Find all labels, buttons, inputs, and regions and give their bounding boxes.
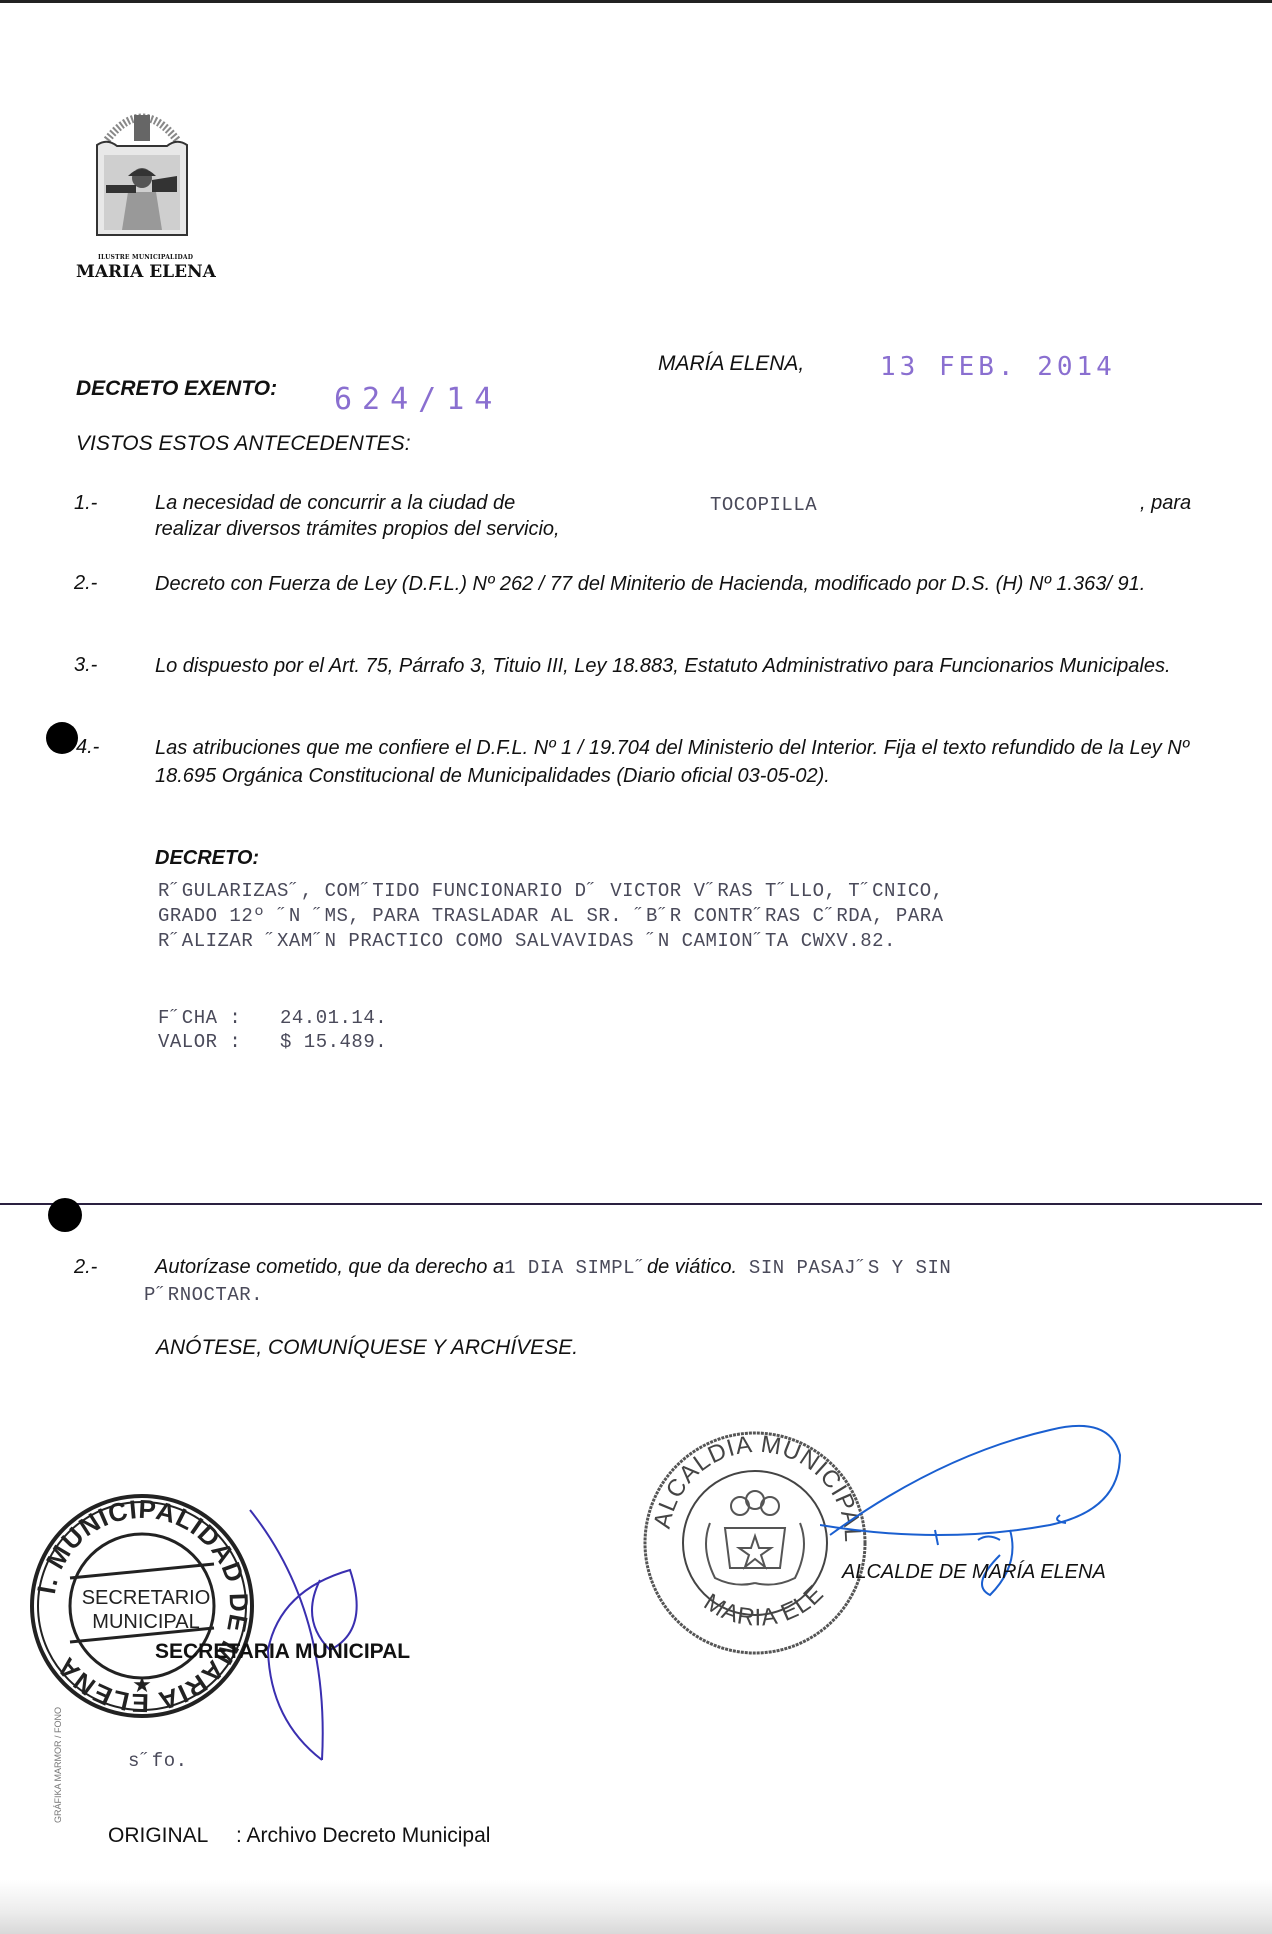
decreto-line-3: R˝ALIZAR ˝XAM˝N PRACTICO COMO SALVAVIDAS…	[158, 930, 896, 952]
original-value: : Archivo Decreto Municipal	[236, 1824, 490, 1848]
secretary-signature	[240, 1500, 390, 1770]
point-2-text-b: de viático.	[647, 1256, 737, 1278]
svg-text:★: ★	[132, 1672, 152, 1697]
handwritten-signature-icon	[820, 1415, 1130, 1615]
item-1-city: TOCOPILLA	[710, 494, 817, 516]
decreto-line-1: R˝GULARIZAS˝, COM˝TIDO FUNCIONARIO D˝ VI…	[158, 880, 944, 902]
mayor-title: ALCALDE DE MARÍA ELENA	[842, 1561, 1106, 1584]
point-2-typed-a: 1 DIA SIMPL˝	[504, 1257, 647, 1279]
point-2-number: 2.-	[74, 1256, 97, 1279]
scan-top-edge	[0, 0, 1272, 3]
logo-title: MARIA ELENA	[76, 262, 216, 282]
chile-coat-of-arms-icon	[706, 1491, 804, 1585]
point-2-typed-c: P˝RNOCTAR.	[144, 1284, 263, 1306]
item-4-text: Las atribuciones que me confiere el D.F.…	[155, 734, 1235, 790]
punch-hole-bottom	[48, 1198, 82, 1232]
item-2-number: 2.-	[74, 572, 97, 595]
item-1-number: 1.-	[74, 492, 97, 515]
scan-bottom-shadow	[0, 1880, 1272, 1934]
item-1-text: La necesidad de concurrir a la ciudad de	[155, 492, 515, 515]
punch-hole-top	[46, 722, 78, 754]
coat-of-arms-icon	[92, 100, 192, 240]
decree-number-stamp: 624/14	[334, 382, 502, 417]
vistos-heading: VISTOS ESTOS ANTECEDENTES:	[76, 432, 411, 456]
date-stamp: 13 FEB. 2014	[880, 352, 1116, 382]
valor-label: VALOR :	[158, 1031, 241, 1053]
fecha-label: F˝CHA :	[158, 1007, 241, 1029]
mayor-signature	[820, 1415, 1130, 1615]
svg-text:SECRETARIO: SECRETARIO	[82, 1587, 211, 1609]
printer-mark: GRÁFIKA MARMOR / FONO	[53, 1685, 63, 1845]
point-2-text-a: Autorízase cometido, que da derecho a	[155, 1256, 504, 1278]
item-1-text-line2: realizar diversos trámites propios del s…	[155, 518, 560, 541]
item-3-text: Lo dispuesto por el Art. 75, Párrafo 3, …	[155, 652, 1235, 680]
section-divider	[0, 1203, 1262, 1205]
valor-value: $ 15.489.	[280, 1031, 387, 1053]
place-label: MARÍA ELENA,	[658, 352, 804, 376]
decreto-line-2: GRADO 12º ˝N ˝MS, PARA TRASLADAR AL SR. …	[158, 905, 944, 927]
fecha-value: 24.01.14.	[280, 1007, 387, 1029]
point-2-line: Autorízase cometido, que da derecho a1 D…	[155, 1256, 951, 1279]
handwritten-signature-icon	[240, 1500, 390, 1770]
logo-subtitle: ILUSTRE MUNICIPALIDAD	[98, 254, 193, 261]
closing-formula: ANÓTESE, COMUNÍQUESE Y ARCHÍVESE.	[156, 1336, 578, 1360]
item-2-text: Decreto con Fuerza de Ley (D.F.L.) Nº 26…	[155, 570, 1235, 598]
original-label: ORIGINAL	[108, 1824, 208, 1848]
decree-label: DECRETO EXENTO:	[76, 377, 277, 401]
svg-text:MUNICIPAL: MUNICIPAL	[92, 1611, 199, 1633]
secretary-title: SECRETARIA MUNICIPAL	[155, 1640, 410, 1664]
item-1-trail: , para	[1140, 492, 1191, 515]
item-4-number: 4.-	[76, 736, 99, 759]
typist-initials: s˝fo.	[128, 1750, 188, 1772]
municipal-logo	[92, 100, 192, 240]
point-2-typed-b: SIN PASAJ˝S Y SIN	[737, 1257, 951, 1279]
item-3-number: 3.-	[74, 654, 97, 677]
decreto-heading: DECRETO:	[155, 847, 259, 870]
